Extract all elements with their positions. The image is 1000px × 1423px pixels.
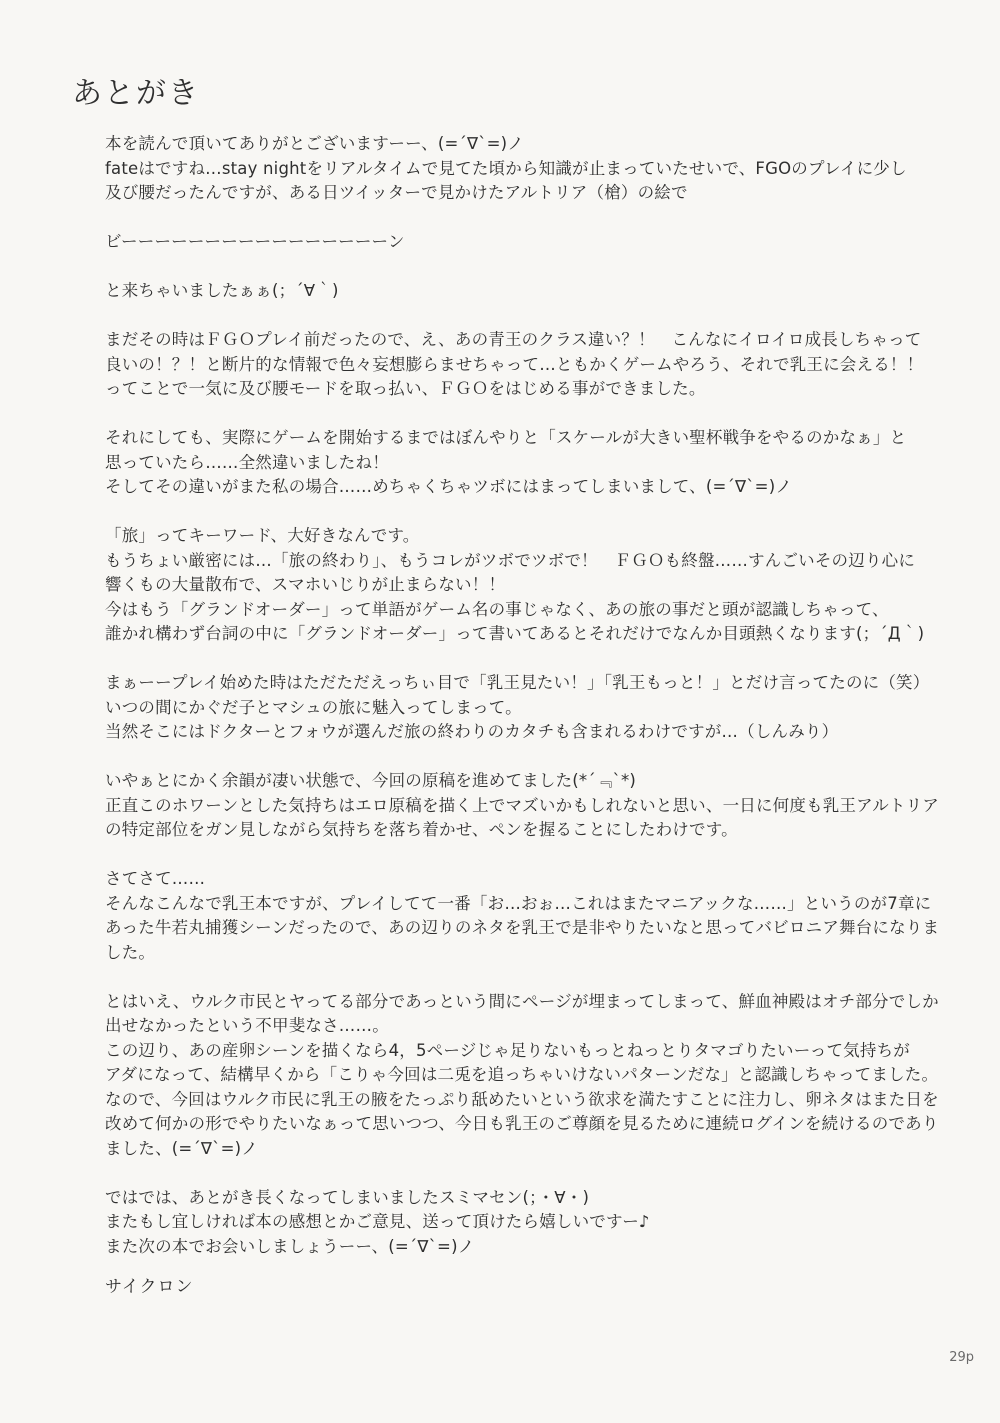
paragraph-thanks: 本を読んで頂いてありがとございますーー、(=´∇`=)ノ fateはですね…st… <box>105 132 950 206</box>
paragraph-journey-keyword: 「旅」ってキーワード、大好きなんです。 もうちょい厳密には…「旅の終わり」、もう… <box>105 524 950 647</box>
paragraph-reaction: と来ちゃいましたぁぁ(；´∀｀) <box>105 279 950 304</box>
afterword-body: 本を読んで頂いてありがとございますーー、(=´∇`=)ノ fateはですね…st… <box>105 132 950 1284</box>
paragraph-afterglow: いやぁとにかく余韻が凄い状態で、今回の原稿を進めてました(*´﹃`*) 正直この… <box>105 769 950 843</box>
author-signature: サイクロン <box>105 1272 193 1297</box>
paragraph-pre-fgo: まだその時はＦＧＯプレイ前だったので、え、あの青王のクラス違い？！ こんなにイロ… <box>105 328 950 402</box>
afterword-page: あとがき 本を読んで頂いてありがとございますーー、(=´∇`=)ノ fateはで… <box>0 0 1000 1423</box>
paragraph-closing: ではでは、あとがき長くなってしまいましたスミマセン(；・∀・) またもし宜しけれ… <box>105 1186 950 1260</box>
page-title: あとがき <box>72 68 200 112</box>
paragraph-game-start: それにしても、実際にゲームを開始するまではぼんやりと「スケールが大きい聖杯戦争を… <box>105 426 950 500</box>
paragraph-play-beginning: まぁーープレイ始めた時はただただえっちぃ目で「乳王見たい！」「乳王もっと！」とだ… <box>105 671 950 745</box>
paragraph-sound-effect: ビーーーーーーーーーーーーーーーーン <box>105 230 950 255</box>
page-number: 29p <box>949 1350 974 1365</box>
paragraph-uruk-pages: とはいえ、ウルク市民とヤってる部分であっという間にページが埋まってしまって、鮮血… <box>105 990 950 1162</box>
paragraph-chapter7: さてさて…… そんなこんなで乳王本ですが、プレイしてて一番「お…おぉ…これはまた… <box>105 867 950 965</box>
